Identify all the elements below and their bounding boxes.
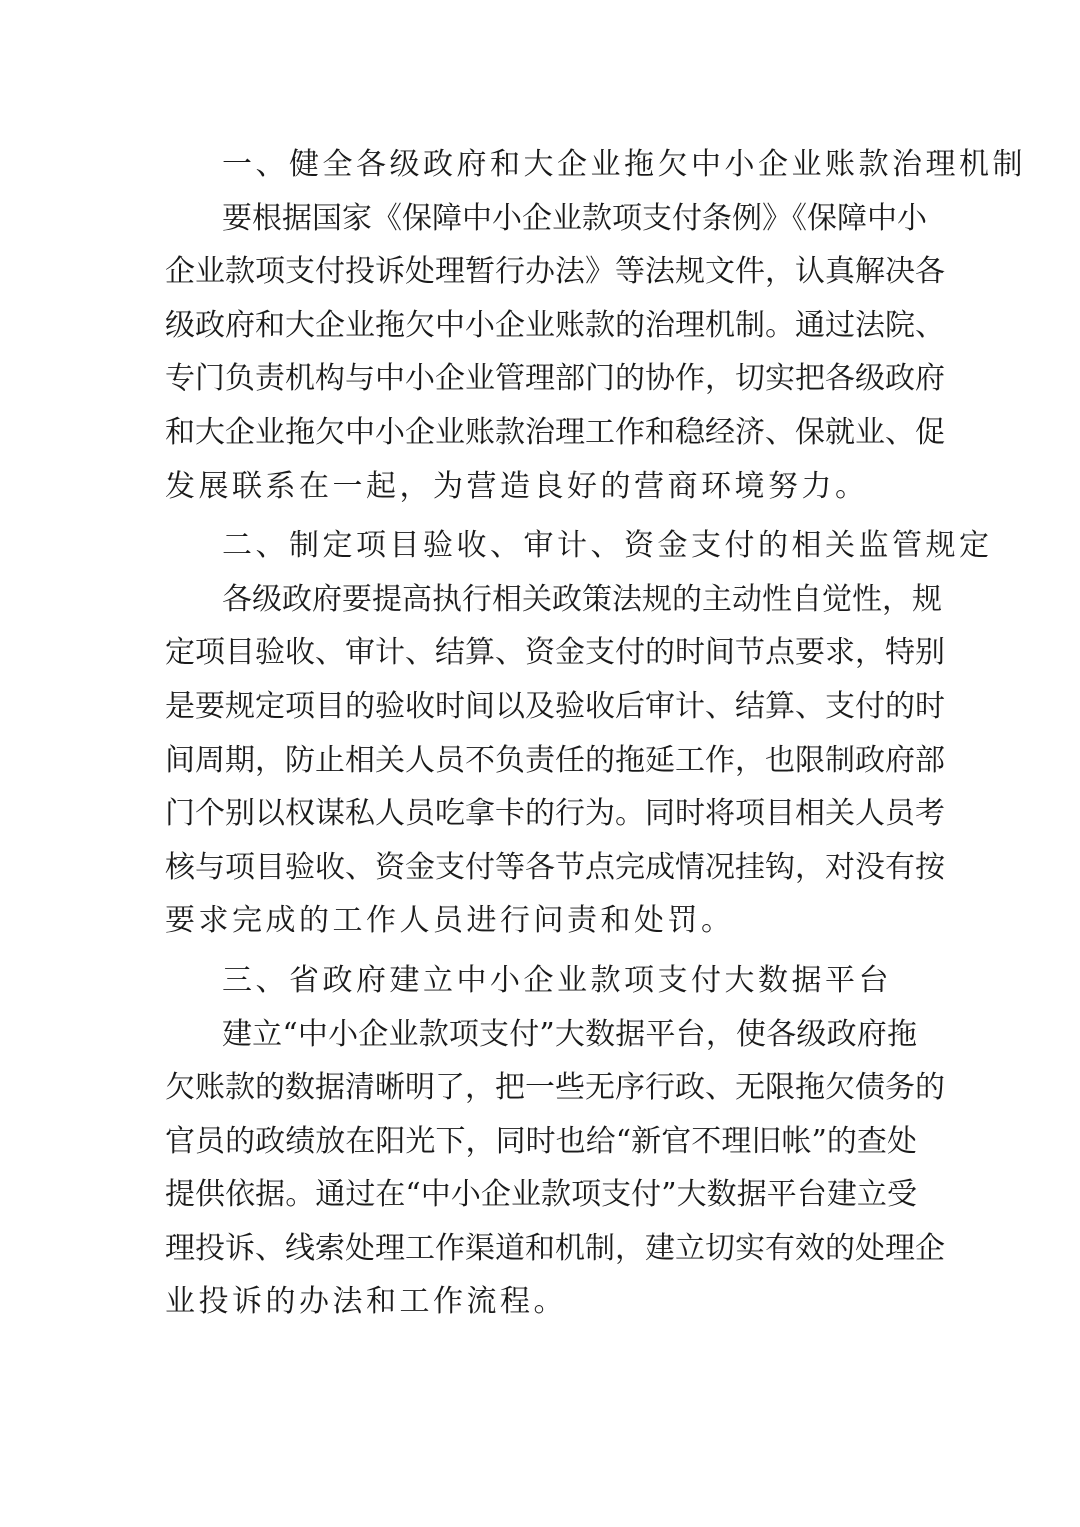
paragraph-line: 级政府和大企业拖欠中小企业账款的治理机制。通过法院、 [165, 299, 917, 353]
paragraph-line: 要求完成的工作人员进行问责和处罚。 [165, 894, 917, 948]
paragraph-line: 各级政府要提高执行相关政策法规的主动性自觉性，规 [165, 573, 917, 627]
paragraph-line: 和大企业拖欠中小企业账款治理工作和稳经济、保就业、促 [165, 406, 917, 460]
section-1: 一、健全各级政府和大企业拖欠中小企业账款治理机制 要根据国家《保障中小企业款项支… [165, 138, 917, 513]
paragraph-line: 定项目验收、审计、结算、资金支付的时间节点要求，特别 [165, 626, 917, 680]
section-2: 二、制定项目验收、审计、资金支付的相关监管规定 各级政府要提高执行相关政策法规的… [165, 519, 917, 948]
paragraph-line: 核与项目验收、资金支付等各节点完成情况挂钩，对没有按 [165, 841, 917, 895]
paragraph-line: 间周期，防止相关人员不负责任的拖延工作，也限制政府部 [165, 734, 917, 788]
paragraph-line: 提供依据。通过在“中小企业款项支付”大数据平台建立受 [165, 1168, 917, 1222]
paragraph-line: 发展联系在一起，为营造良好的营商环境努力。 [165, 460, 917, 514]
paragraph-line: 官员的政绩放在阳光下，同时也给“新官不理旧帐”的查处 [165, 1115, 917, 1169]
paragraph-line: 建立“中小企业款项支付”大数据平台，使各级政府拖 [165, 1008, 917, 1062]
paragraph-line: 门个别以权谋私人员吃拿卡的行为。同时将项目相关人员考 [165, 787, 917, 841]
paragraph-line: 企业款项支付投诉处理暂行办法》等法规文件，认真解决各 [165, 245, 917, 299]
document-page: 一、健全各级政府和大企业拖欠中小企业账款治理机制 要根据国家《保障中小企业款项支… [165, 138, 917, 1335]
paragraph-line: 欠账款的数据清晰明了，把一些无序行政、无限拖欠债务的 [165, 1061, 917, 1115]
paragraph-line: 是要规定项目的验收时间以及验收后审计、结算、支付的时 [165, 680, 917, 734]
section-heading: 二、制定项目验收、审计、资金支付的相关监管规定 [165, 519, 917, 573]
paragraph-line: 要根据国家《保障中小企业款项支付条例》《保障中小 [165, 192, 917, 246]
section-heading: 一、健全各级政府和大企业拖欠中小企业账款治理机制 [165, 138, 917, 192]
paragraph-line: 理投诉、线索处理工作渠道和机制，建立切实有效的处理企 [165, 1222, 917, 1276]
paragraph-line: 专门负责机构与中小企业管理部门的协作，切实把各级政府 [165, 352, 917, 406]
section-3: 三、省政府建立中小企业款项支付大数据平台 建立“中小企业款项支付”大数据平台，使… [165, 954, 917, 1329]
paragraph-line: 业投诉的办法和工作流程。 [165, 1275, 917, 1329]
section-heading: 三、省政府建立中小企业款项支付大数据平台 [165, 954, 917, 1008]
